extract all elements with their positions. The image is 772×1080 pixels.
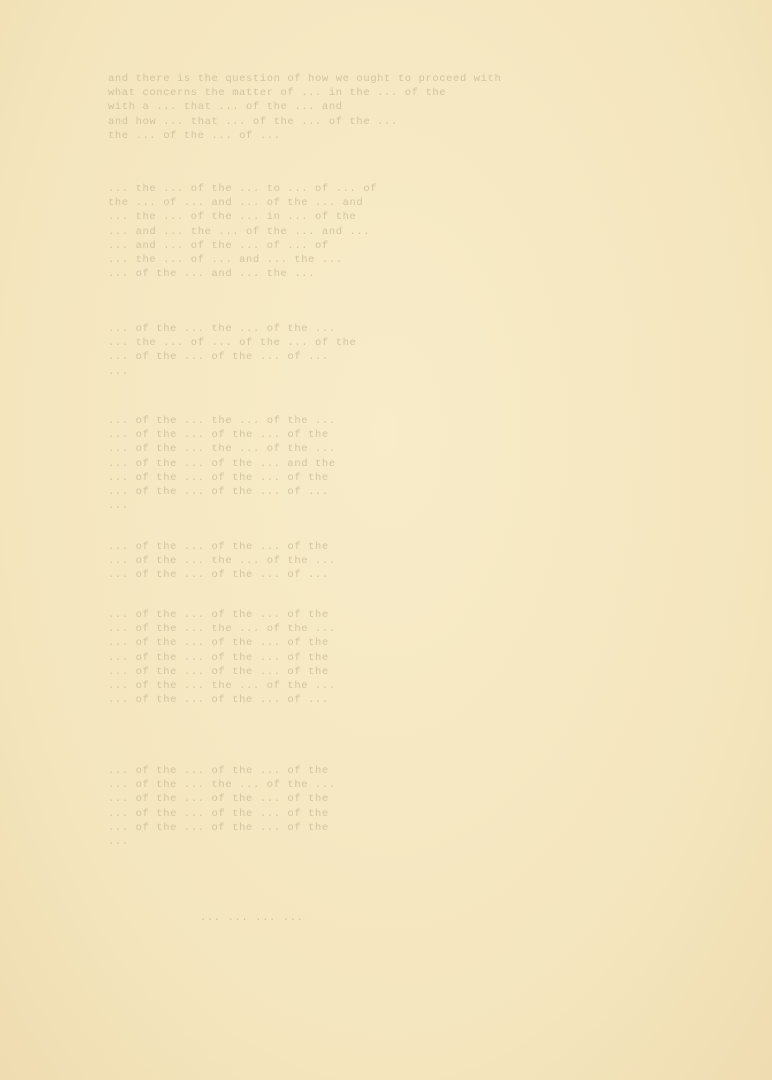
text-line: ... of the ... the ... of the ... [108, 322, 648, 336]
text-line: ... of the ... of the ... of the [108, 651, 648, 665]
text-line: ... of the ... of the ... of the [108, 428, 648, 442]
text-line: ... of the ... of the ... of ... [108, 568, 648, 582]
text-line: ... of the ... the ... of the ... [108, 442, 648, 456]
page-footer: ... ... ... ... [200, 912, 460, 924]
text-line: ... of the ... of the ... of the [108, 665, 648, 679]
text-line: ... of the ... of the ... of the [108, 764, 648, 778]
text-line: ... and ... the ... of the ... and ... [108, 225, 648, 239]
text-line: and there is the question of how we ough… [108, 72, 648, 86]
paragraph-6: ... of the ... of the ... of the... of t… [108, 608, 648, 707]
text-line: ... the ... of ... of the ... of the [108, 336, 648, 350]
text-line: ... the ... of the ... in ... of the [108, 210, 648, 224]
text-line: ... of the ... of the ... of ... [108, 693, 648, 707]
text-line: ... of the ... the ... of the ... [108, 554, 648, 568]
text-line: the ... of the ... of ... [108, 129, 648, 143]
text-line: ... of the ... of the ... and the [108, 457, 648, 471]
text-line: ... of the ... and ... the ... [108, 267, 648, 281]
text-line: ... of the ... the ... of the ... [108, 414, 648, 428]
text-line: ... of the ... of the ... of the [108, 540, 648, 554]
text-line: ... of the ... the ... of the ... [108, 622, 648, 636]
text-line: ... [108, 835, 648, 849]
paragraph-5: ... of the ... of the ... of the... of t… [108, 540, 648, 583]
text-line: ... of the ... of the ... of the [108, 636, 648, 650]
text-line: ... the ... of the ... to ... of ... of [108, 182, 648, 196]
paragraph-1: and there is the question of how we ough… [108, 72, 648, 143]
text-line: ... of the ... of the ... of the [108, 807, 648, 821]
text-line: ... [108, 499, 648, 513]
text-line: the ... of ... and ... of the ... and [108, 196, 648, 210]
text-line: what concerns the matter of ... in the .… [108, 86, 648, 100]
text-line: ... of the ... the ... of the ... [108, 778, 648, 792]
document-page: and there is the question of how we ough… [0, 0, 772, 1080]
text-line: ... of the ... the ... of the ... [108, 679, 648, 693]
text-line: ... of the ... of the ... of ... [108, 350, 648, 364]
text-line: ... of the ... of the ... of the [108, 821, 648, 835]
paragraph-7: ... of the ... of the ... of the... of t… [108, 764, 648, 849]
text-line: ... of the ... of the ... of ... [108, 485, 648, 499]
text-line: and how ... that ... of the ... of the .… [108, 115, 648, 129]
paragraph-2: ... the ... of the ... to ... of ... oft… [108, 182, 648, 281]
text-line: ... of the ... of the ... of the [108, 792, 648, 806]
text-line: ... the ... of ... and ... the ... [108, 253, 648, 267]
text-line: ... and ... of the ... of ... of [108, 239, 648, 253]
text-line: with a ... that ... of the ... and [108, 100, 648, 114]
text-line: ... [108, 365, 648, 379]
paragraph-4: ... of the ... the ... of the ...... of … [108, 414, 648, 513]
text-line: ... of the ... of the ... of the [108, 608, 648, 622]
text-line: ... of the ... of the ... of the [108, 471, 648, 485]
paragraph-3: ... of the ... the ... of the ...... the… [108, 322, 648, 379]
